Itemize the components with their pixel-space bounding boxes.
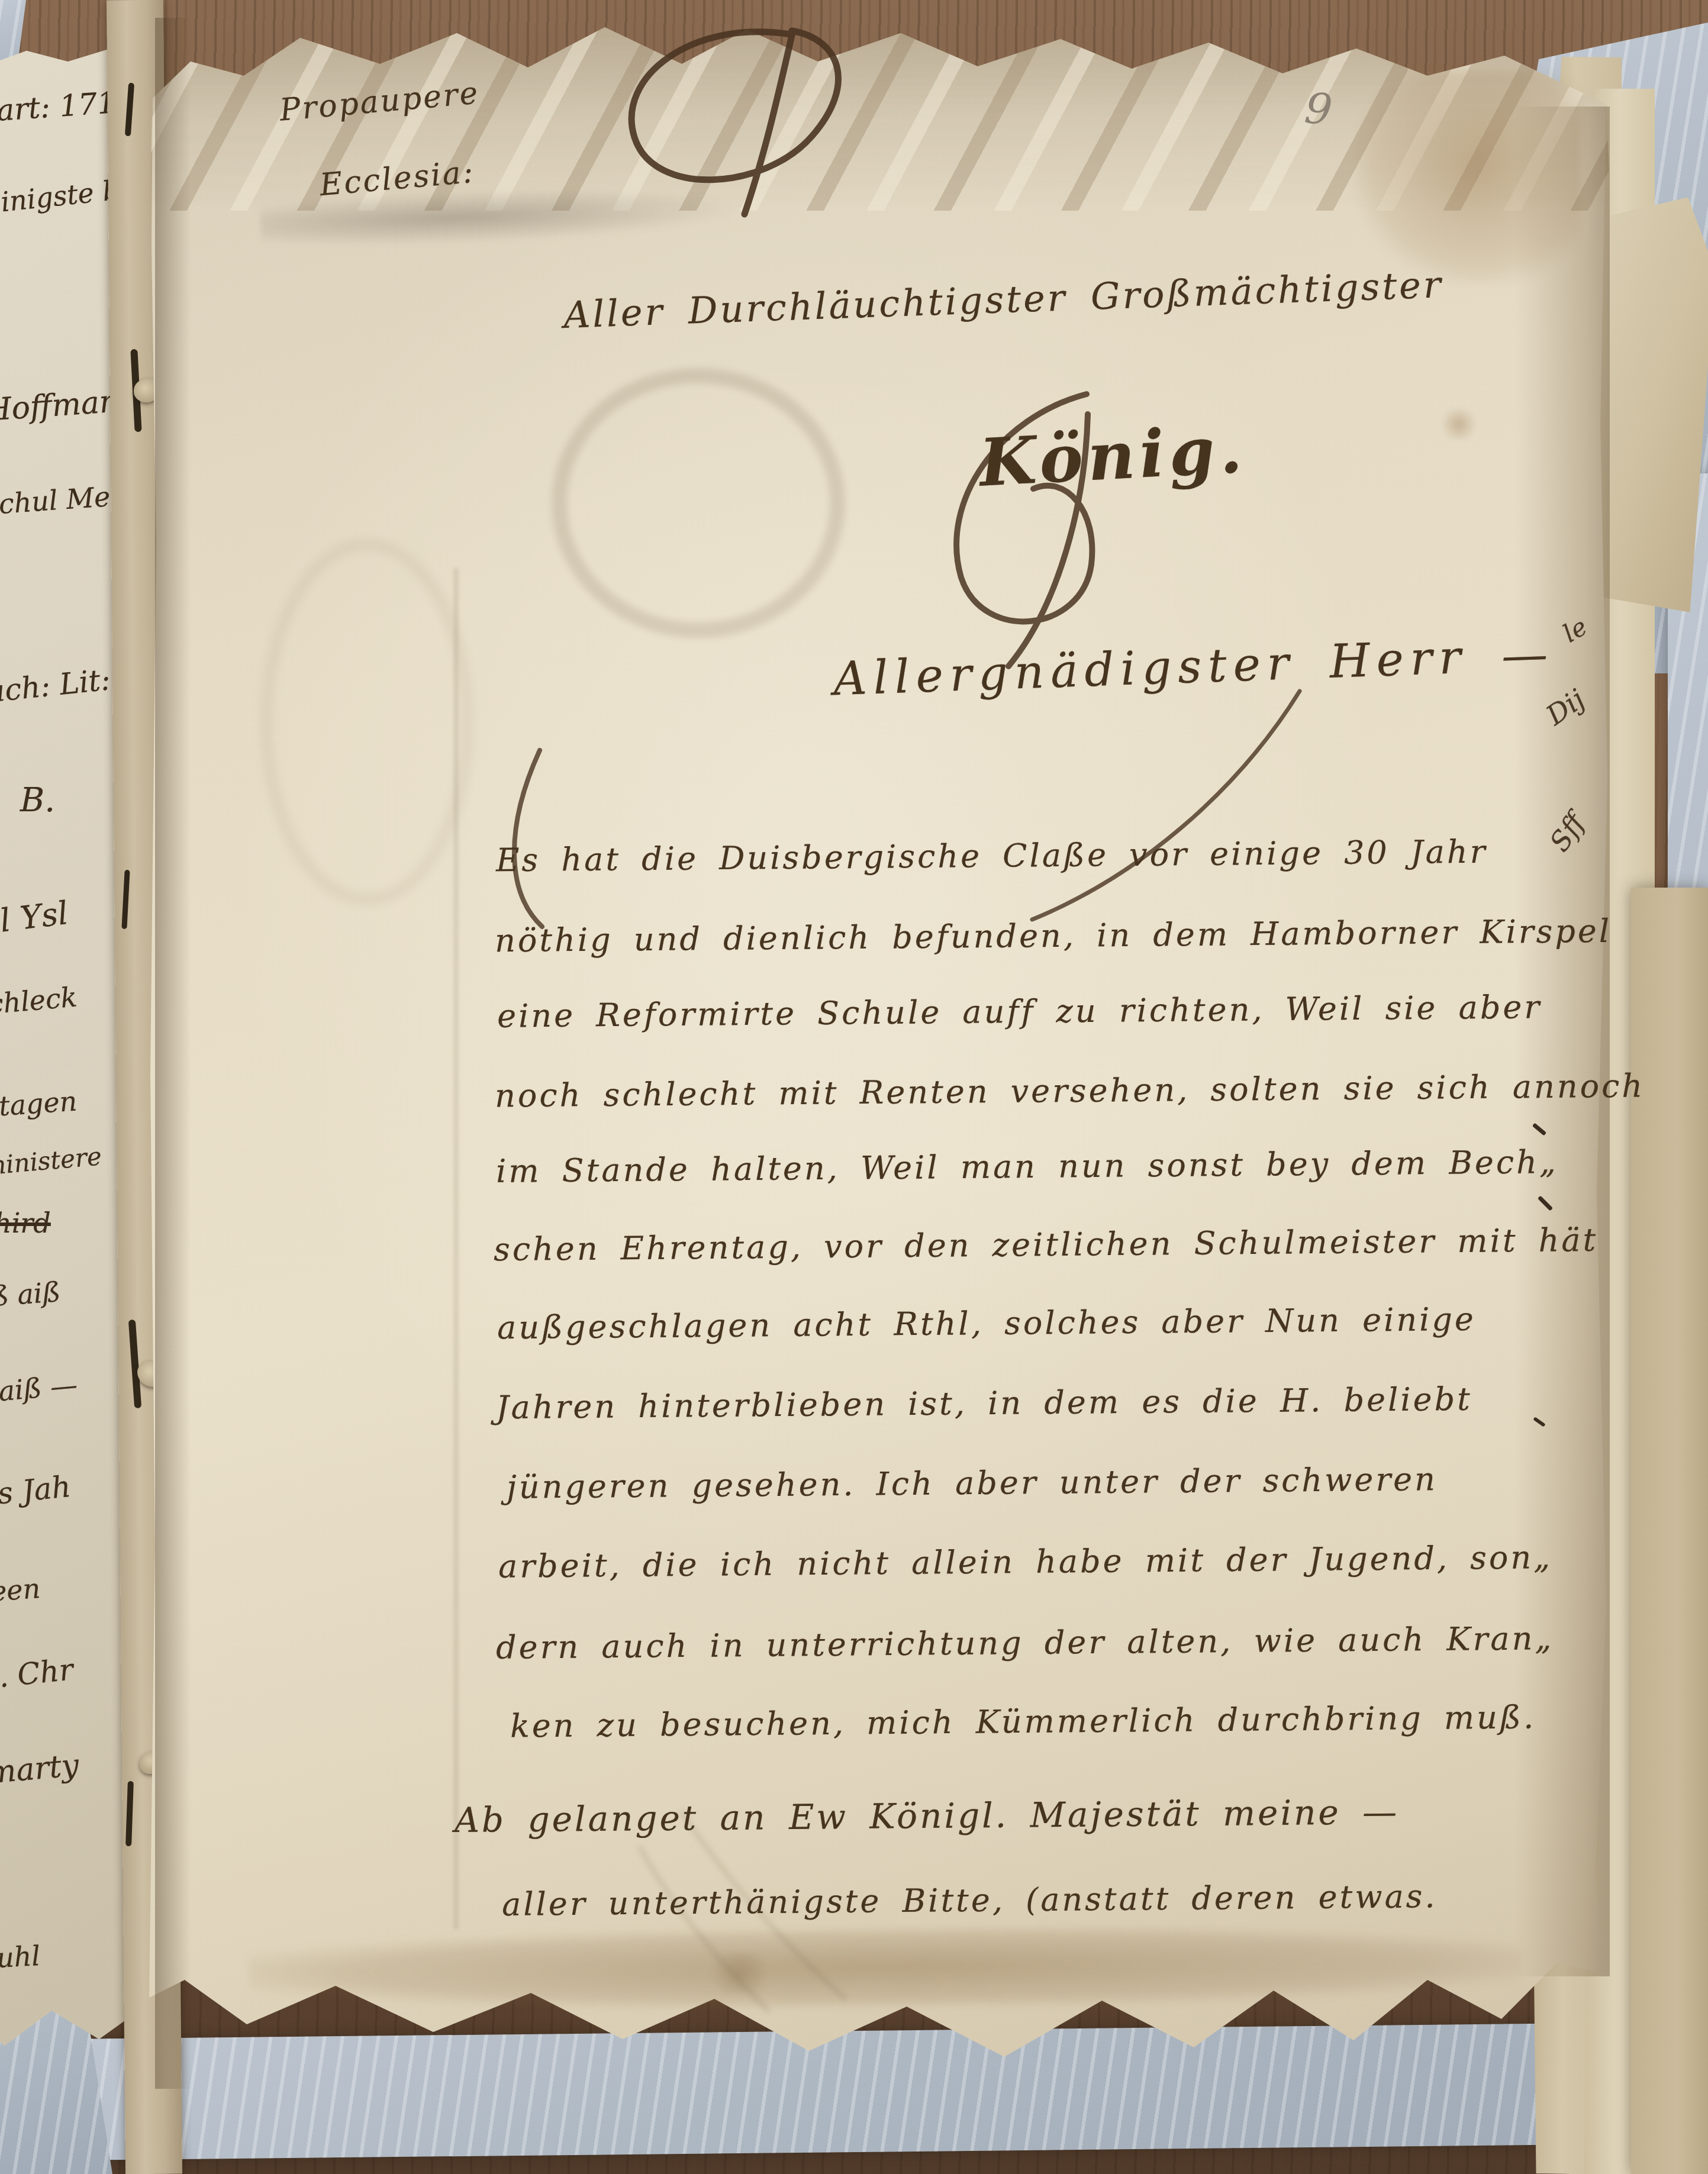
body-line: Ab gelanget an Ew Königl. Majestät meine… [455, 1792, 1400, 1840]
es-leadin-flourish [514, 750, 542, 927]
herr-descender-flourish [1032, 691, 1300, 920]
manuscript-photo: art: 1713 ßinigste bitten Hoffmann Schul… [0, 0, 1708, 2174]
top-initial-flourish [631, 31, 838, 214]
heading-konig: König. [978, 411, 1249, 501]
page-number: 9 [1303, 83, 1335, 135]
